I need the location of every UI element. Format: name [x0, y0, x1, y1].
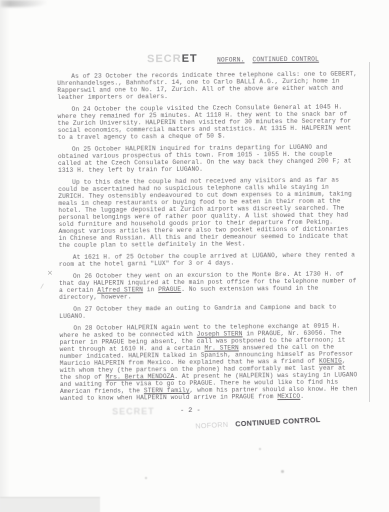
underlined-name: PRAGUE: [158, 286, 181, 293]
text-segment: .: [300, 393, 304, 400]
scanned-document-page: × / SECRET NOFORN.CONTINUED CONTROL As o…: [0, 0, 389, 512]
text-segment: At 1621 H. of 25 October the couple arri…: [59, 251, 355, 268]
paragraph: On 27 October they made an outing to Gan…: [59, 303, 359, 320]
paragraph: On 25 October HALPERIN inquired for trai…: [58, 143, 358, 174]
document-footer: SECRET - 2 - NOFORNCONTINUED CONTROL: [60, 404, 360, 447]
pencil-x-mark: ×: [47, 269, 53, 277]
continued-control-marking-footer: CONTINUED CONTROL: [235, 415, 321, 428]
paragraph: On 24 October the couple visited the Cze…: [57, 103, 357, 141]
text-segment: On 27 October they made an outing to Gan…: [59, 304, 336, 320]
paragraph: On 26 October they went on an excursion …: [59, 270, 359, 301]
text-segment: Up to this date the couple had not recei…: [58, 177, 352, 249]
paragraph: At 1621 H. of 25 October the couple arri…: [59, 251, 359, 268]
secret-stamp-clear-part: ET: [182, 53, 198, 65]
paragraph: On 28 October HALPERIN again went to the…: [59, 322, 360, 402]
page-edge-line-right: [369, 62, 370, 402]
typed-content: SECRET NOFORN.CONTINUED CONTROL As of 23…: [57, 49, 360, 447]
text-segment: As of 23 October the records indicate th…: [57, 70, 357, 101]
scan-speck: [281, 470, 284, 473]
underlined-name: MEXICO: [277, 393, 300, 400]
scan-speck: [259, 448, 261, 450]
paragraph: Up to this date the couple had not recei…: [58, 176, 359, 249]
secret-stamp-faint-part: SECR: [147, 53, 182, 65]
continued-control-marking: CONTINUED CONTROL: [252, 56, 319, 64]
control-marking-header: NOFORN.CONTINUED CONTROL: [217, 56, 319, 64]
control-marking-footer: NOFORNCONTINUED CONTROL: [195, 415, 321, 431]
scan-speck: [145, 477, 147, 479]
text-segment: On 24 October the couple visited the Cze…: [58, 104, 352, 141]
noforn-marking-footer: NOFORN: [195, 420, 228, 431]
scan-edge-shadow-left: [0, 0, 10, 512]
text-segment: On 25 October HALPERIN inquired for trai…: [58, 144, 352, 174]
document-body: As of 23 October the records indicate th…: [57, 70, 360, 402]
document-header: SECRET NOFORN.CONTINUED CONTROL: [57, 49, 357, 73]
scan-corner-bottom-left: [0, 497, 100, 512]
secret-stamp-footer: SECRET: [112, 406, 155, 416]
noforn-marking: NOFORN.: [217, 56, 244, 63]
pencil-tick-mark: /: [40, 283, 43, 290]
text-segment: in: [143, 286, 158, 293]
paragraph: As of 23 October the records indicate th…: [57, 70, 357, 101]
secret-stamp: SECRET: [147, 53, 198, 65]
page-number: - 2 -: [180, 407, 200, 415]
